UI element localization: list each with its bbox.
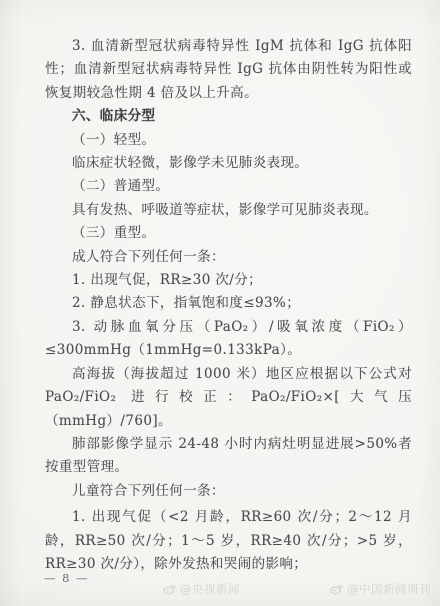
paragraph-child-criterion-1: 1. 出现气促（<2 月龄，RR≥60 次/分；2～12 月龄，RR≥50 次/… [45,506,412,576]
paragraph-serum-antibody-criteria: 3. 血清新型冠状病毒特异性 IgM 抗体和 IgG 抗体阳性；血清新型冠状病毒… [45,35,412,105]
watermark-cctv-news: @央视新闻 [163,581,240,597]
paragraph-adult-criterion-2: 2. 静息状态下，指氧饱和度≤93%； [45,292,412,315]
subsection-severe-type: （三）重型。 [45,222,412,245]
watermark-china-newsweek: @中国新闻周刊 [330,581,431,597]
paragraph-mild-description: 临床症状轻微，影像学未见肺炎表现。 [45,152,412,175]
paragraph-imaging-progression: 肺部影像学显示 24-48 小时内病灶明显进展>50%者按重型管理。 [45,433,412,480]
paragraph-adult-criterion-3: 3. 动脉血氧分压（PaO₂）/吸氧浓度（FiO₂）≤300mmHg（1mmHg… [45,316,412,363]
watermark-text: @中国新闻周刊 [347,581,431,597]
paragraph-adult-criteria-intro: 成人符合下列任何一条： [45,246,412,269]
page-number: — 8 — [44,571,89,585]
section-heading-clinical-classification: 六、临床分型 [45,105,412,128]
paragraph-high-altitude-correction: 高海拔（海拔超过 1000 米）地区应根据以下公式对 PaO₂/FiO₂ 进行校… [45,363,412,433]
weibo-icon [330,583,344,595]
paragraph-adult-criterion-1: 1. 出现气促，RR≥30 次/分； [45,269,412,292]
watermark-text: @央视新闻 [180,581,240,597]
subsection-mild-type: （一）轻型。 [45,129,412,152]
weibo-icon [163,583,177,595]
paragraph-moderate-description: 具有发热、呼吸道等症状，影像学可见肺炎表现。 [45,199,412,222]
paragraph-child-criteria-intro: 儿童符合下列任何一条： [45,480,412,503]
subsection-moderate-type: （二）普通型。 [45,175,412,198]
document-body: 3. 血清新型冠状病毒特异性 IgM 抗体和 IgG 抗体阳性；血清新型冠状病毒… [45,35,412,576]
